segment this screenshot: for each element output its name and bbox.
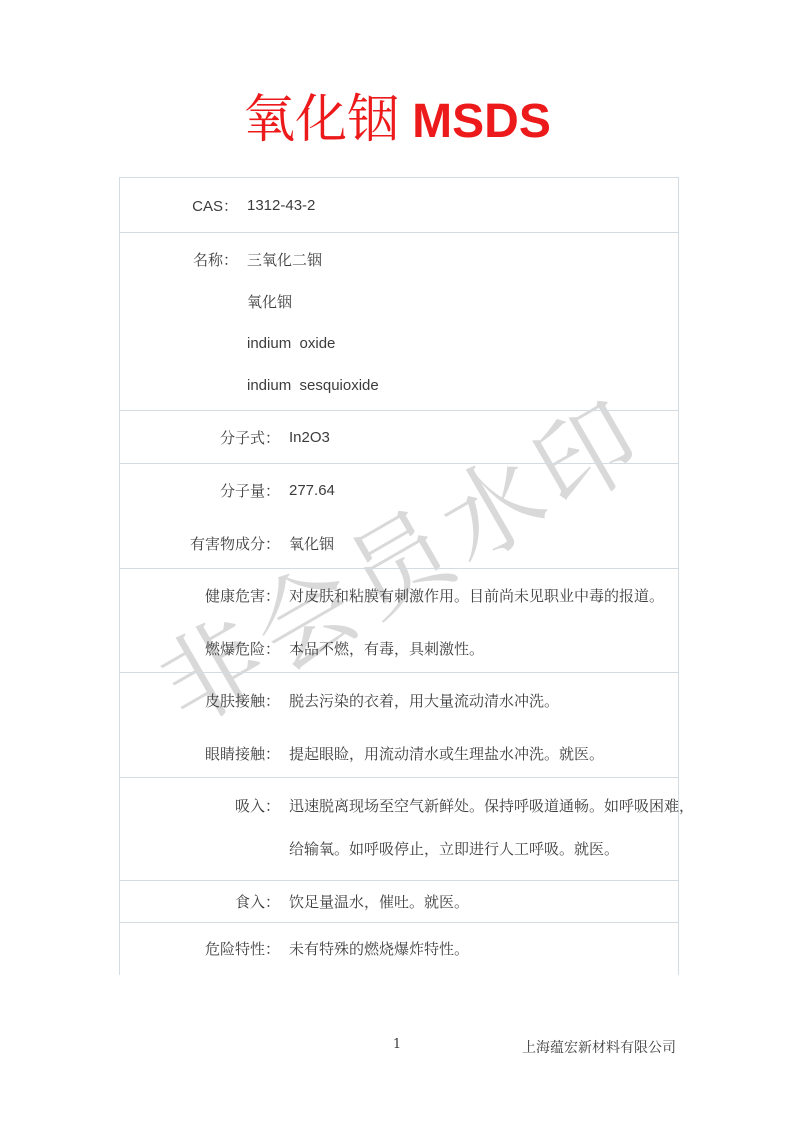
row-ingestion: 食入： 饮足量温水，催吐。就医。 [120, 881, 678, 922]
document-title-chinese: 氧化铟 [243, 90, 399, 150]
field-label-molecular-formula: 分子式： [120, 427, 280, 448]
footer-company-name: 上海蕴宏新材料有限公司 [522, 1037, 676, 1057]
field-label-fire-explosion-hazard: 燃爆危险： [120, 638, 280, 659]
table-block-names: 名称： 三氧化二铟 氧化铟 indium oxide indium sesqui… [120, 232, 678, 410]
row-name-alt-3: indium sesquioxide [120, 364, 678, 406]
row-inhalation: 吸入： 迅速脱离现场至空气新鲜处。保持呼吸道通畅。如呼吸困难， [120, 784, 678, 827]
field-value-inhalation-2: 给输氧。如呼吸停止，立即进行人工呼吸。就医。 [280, 838, 619, 859]
field-label-name: 名称： [120, 249, 238, 270]
field-value-ingestion: 饮足量温水，催吐。就医。 [280, 891, 469, 912]
field-label-skin-contact: 皮肤接触： [120, 690, 280, 711]
table-block-hazard-characteristics: 危险特性： 未有特殊的燃烧爆炸特性。 [120, 922, 678, 975]
row-health-hazard: 健康危害： 对皮肤和粘膜有刺激作用。目前尚未见职业中毒的报道。 [120, 569, 678, 622]
field-value-skin-contact: 脱去污染的衣着，用大量流动清水冲洗。 [280, 690, 559, 711]
row-molecular-weight: 分子量： 277.64 [120, 464, 678, 517]
row-skin-contact: 皮肤接触： 脱去污染的衣着，用大量流动清水冲洗。 [120, 674, 678, 727]
field-value-name-2: 氧化铟 [238, 291, 292, 312]
row-inhalation-wrap: 给输氧。如呼吸停止，立即进行人工呼吸。就医。 [120, 827, 678, 870]
document-title: 氧化铟MSDS [0, 92, 794, 149]
field-label-eye-contact: 眼睛接触： [120, 743, 280, 764]
field-label-cas: CAS： [120, 195, 238, 216]
row-cas: CAS： 1312-43-2 [120, 184, 678, 226]
table-block-weight-components: 分子量： 277.64 有害物成分： 氧化铟 [120, 463, 678, 568]
field-value-molecular-formula: In2O3 [280, 429, 330, 446]
table-block-cas: CAS： 1312-43-2 [120, 177, 678, 232]
row-hazard-characteristics: 危险特性： 未有特殊的燃烧爆炸特性。 [120, 927, 678, 969]
field-label-health-hazard: 健康危害： [120, 585, 280, 606]
field-value-name-1: 三氧化二铟 [238, 249, 322, 270]
table-block-hazards: 健康危害： 对皮肤和粘膜有刺激作用。目前尚未见职业中毒的报道。 燃爆危险： 本品… [120, 568, 678, 672]
field-value-name-4: indium sesquioxide [238, 377, 379, 394]
field-value-molecular-weight: 277.64 [280, 482, 335, 499]
field-label-inhalation: 吸入： [120, 795, 280, 816]
field-value-health-hazard: 对皮肤和粘膜有刺激作用。目前尚未见职业中毒的报道。 [280, 585, 664, 606]
field-label-ingestion: 食入： [120, 891, 280, 912]
document-title-msds: MSDS [412, 95, 551, 148]
table-block-inhalation: 吸入： 迅速脱离现场至空气新鲜处。保持呼吸道通畅。如呼吸困难， 给输氧。如呼吸停… [120, 777, 678, 880]
field-label-molecular-weight: 分子量： [120, 480, 280, 501]
table-block-formula: 分子式： In2O3 [120, 410, 678, 463]
field-value-name-3: indium oxide [238, 335, 335, 352]
row-hazardous-components: 有害物成分： 氧化铟 [120, 517, 678, 570]
msds-document-page: 氧化铟MSDS 非会员水印 CAS： 1312-43-2 名称： 三氧化二铟 氧… [0, 0, 794, 1123]
row-molecular-formula: 分子式： In2O3 [120, 416, 678, 458]
row-name-alt-2: indium oxide [120, 322, 678, 364]
field-value-hazard-characteristics: 未有特殊的燃烧爆炸特性。 [280, 938, 469, 959]
field-label-hazard-characteristics: 危险特性： [120, 938, 280, 959]
row-fire-explosion-hazard: 燃爆危险： 本品不燃，有毒，具刺激性。 [120, 622, 678, 675]
field-value-fire-explosion-hazard: 本品不燃，有毒，具刺激性。 [280, 638, 484, 659]
table-block-contact: 皮肤接触： 脱去污染的衣着，用大量流动清水冲洗。 眼睛接触： 提起眼睑，用流动清… [120, 672, 678, 777]
field-value-cas: 1312-43-2 [238, 197, 315, 214]
table-block-ingestion: 食入： 饮足量温水，催吐。就医。 [120, 880, 678, 922]
row-name: 名称： 三氧化二铟 [120, 238, 678, 280]
row-eye-contact: 眼睛接触： 提起眼睑，用流动清水或生理盐水冲洗。就医。 [120, 727, 678, 780]
field-value-hazardous-components: 氧化铟 [280, 533, 334, 554]
field-value-eye-contact: 提起眼睑，用流动清水或生理盐水冲洗。就医。 [280, 743, 604, 764]
field-label-hazardous-components: 有害物成分： [120, 533, 280, 554]
row-name-alt-1: 氧化铟 [120, 280, 678, 322]
field-value-inhalation-1: 迅速脱离现场至空气新鲜处。保持呼吸道通畅。如呼吸困难， [280, 795, 694, 816]
msds-table: CAS： 1312-43-2 名称： 三氧化二铟 氧化铟 indium oxid… [119, 177, 679, 975]
